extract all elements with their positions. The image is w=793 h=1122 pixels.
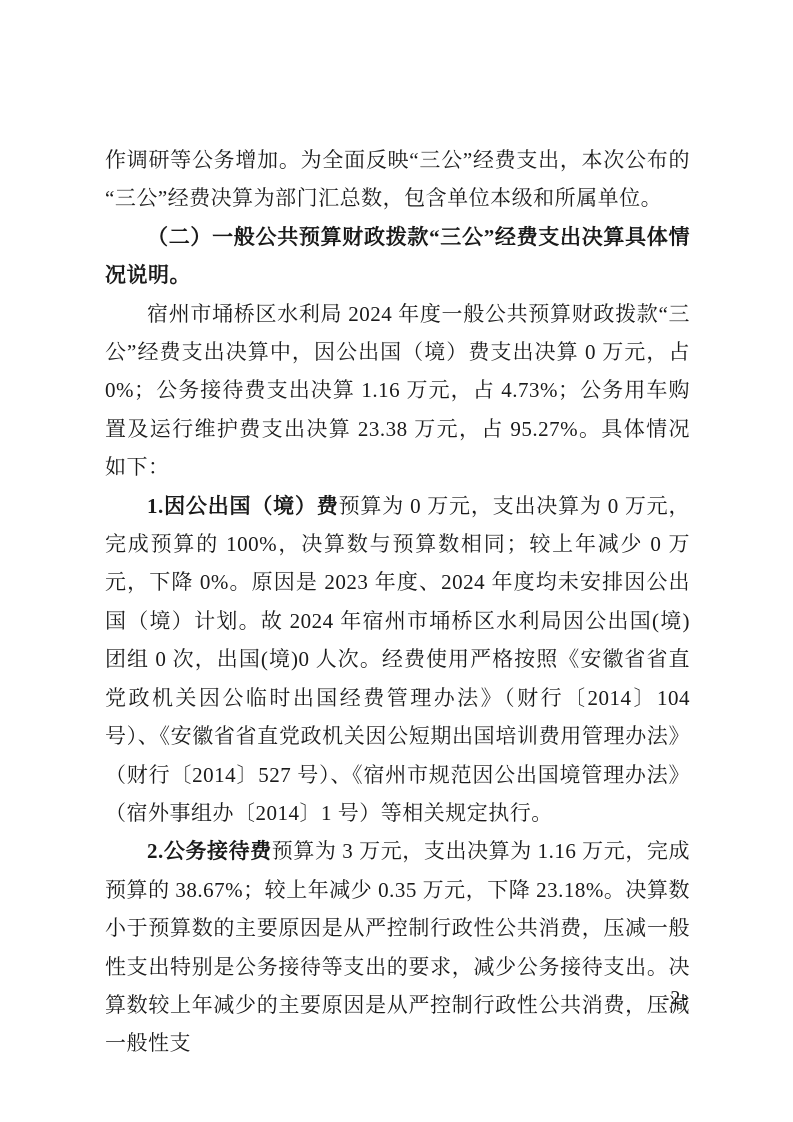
section-heading: （二）一般公共预算财政拨款“三公”经费支出决算具体情况说明。 — [105, 218, 690, 295]
paragraph-continuation-text: 作调研等公务增加。为全面反映“三公”经费支出，本次公布的“三公”经费决算为部门汇… — [105, 148, 690, 210]
paragraph-continuation: 作调研等公务增加。为全面反映“三公”经费支出，本次公布的“三公”经费决算为部门汇… — [105, 141, 690, 218]
paragraph-item-1-text: 预算为 0 万元，支出决算为 0 万元，完成预算的 100%，决算数与预算数相同… — [105, 494, 690, 825]
paragraph-overview-text: 宿州市埇桥区水利局 2024 年度一般公共预算财政拨款“三公”经费支出决算中，因… — [105, 302, 690, 480]
paragraph-item-2: 2.公务接待费预算为 3 万元，支出决算为 1.16 万元，完成预算的 38.6… — [105, 832, 690, 1062]
paragraph-overview: 宿州市埇桥区水利局 2024 年度一般公共预算财政拨款“三公”经费支出决算中，因… — [105, 295, 690, 487]
section-heading-text: （二）一般公共预算财政拨款“三公”经费支出决算具体情况说明。 — [105, 225, 690, 287]
document-page: 作调研等公务增加。为全面反映“三公”经费支出，本次公布的“三公”经费决算为部门汇… — [0, 0, 793, 1122]
page-number: -2- — [663, 986, 689, 1010]
paragraph-item-1: 1.因公出国（境）费预算为 0 万元，支出决算为 0 万元，完成预算的 100%… — [105, 487, 690, 833]
paragraph-item-2-text: 预算为 3 万元，支出决算为 1.16 万元，完成预算的 38.67%；较上年减… — [105, 839, 690, 1055]
document-body: 作调研等公务增加。为全面反映“三公”经费支出，本次公布的“三公”经费决算为部门汇… — [105, 141, 690, 1063]
paragraph-item-2-label: 2.公务接待费 — [147, 839, 272, 863]
paragraph-item-1-label: 1.因公出国（境）费 — [147, 494, 339, 518]
